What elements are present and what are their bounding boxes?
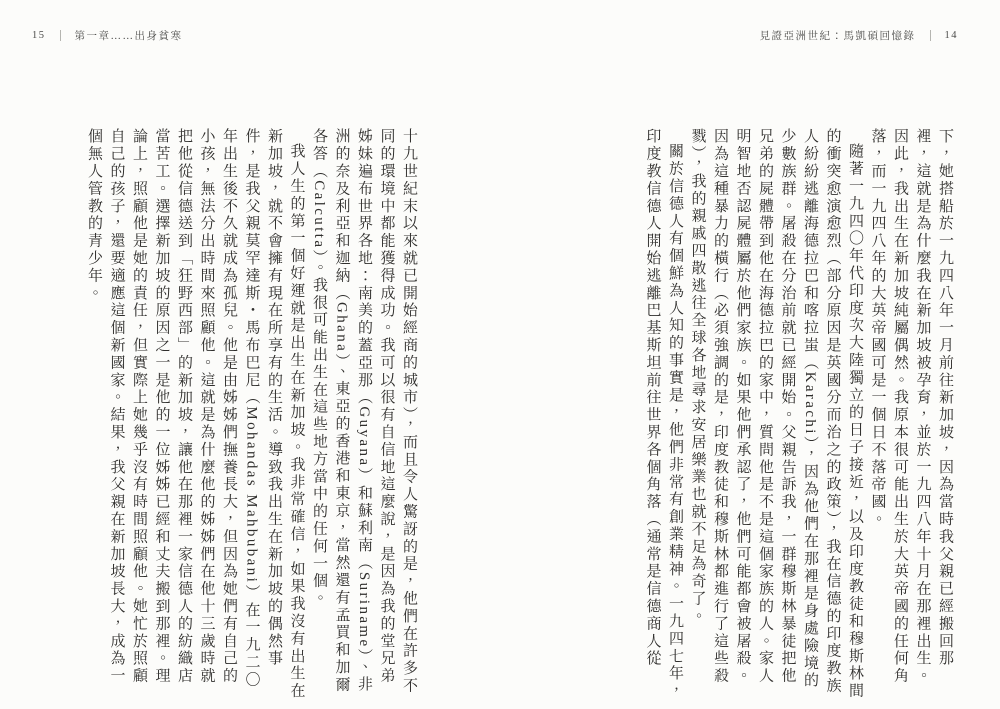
page-number-right: 14 xyxy=(945,30,959,41)
chapter-title: 第一章……出身貧寒 xyxy=(75,28,183,43)
book-title: 見證亞洲世紀：馬凱碩回憶錄 xyxy=(760,28,916,43)
running-header-left: 15 第一章……出身貧寒 xyxy=(32,28,183,43)
book-spread: 15 第一章……出身貧寒 見證亞洲世紀：馬凱碩回憶錄 14 下，她搭船於一九四八… xyxy=(0,0,1000,709)
body-paragraph: 十九世紀末以來就已開始經商的城市），而且令人驚訝的是，他們在許多不同的環境中都能… xyxy=(308,128,421,702)
body-paragraph: 我人生的第一個好運就是出生在新加坡。我非常確信，如果我沒有出生在新加坡，就不會擁… xyxy=(83,128,308,702)
header-divider xyxy=(930,30,931,41)
left-page-body: 十九世紀末以來就已開始經商的城市），而且令人驚訝的是，他們在許多不同的環境中都能… xyxy=(86,128,420,702)
body-paragraph: 關於信德人有個鮮為人知的事實是，他們非常有創業精神。一九四七年，印度教信德人開始… xyxy=(641,128,686,702)
running-header-right: 見證亞洲世紀：馬凱碩回憶錄 14 xyxy=(760,28,959,43)
page-number-left: 15 xyxy=(32,30,46,41)
right-page-body: 下，她搭船於一九四八年一月前往新加坡，因為當時我父親已經搬回那裡，這就是為什麼我… xyxy=(564,128,956,702)
body-paragraph: 下，她搭船於一九四八年一月前往新加坡，因為當時我父親已經搬回那裡，這就是為什麼我… xyxy=(866,128,956,702)
header-divider xyxy=(60,30,61,41)
body-paragraph: 隨著一九四〇年代印度次大陸獨立的日子接近，以及印度教徒和穆斯林間的衝突愈演愈烈（… xyxy=(686,128,866,702)
